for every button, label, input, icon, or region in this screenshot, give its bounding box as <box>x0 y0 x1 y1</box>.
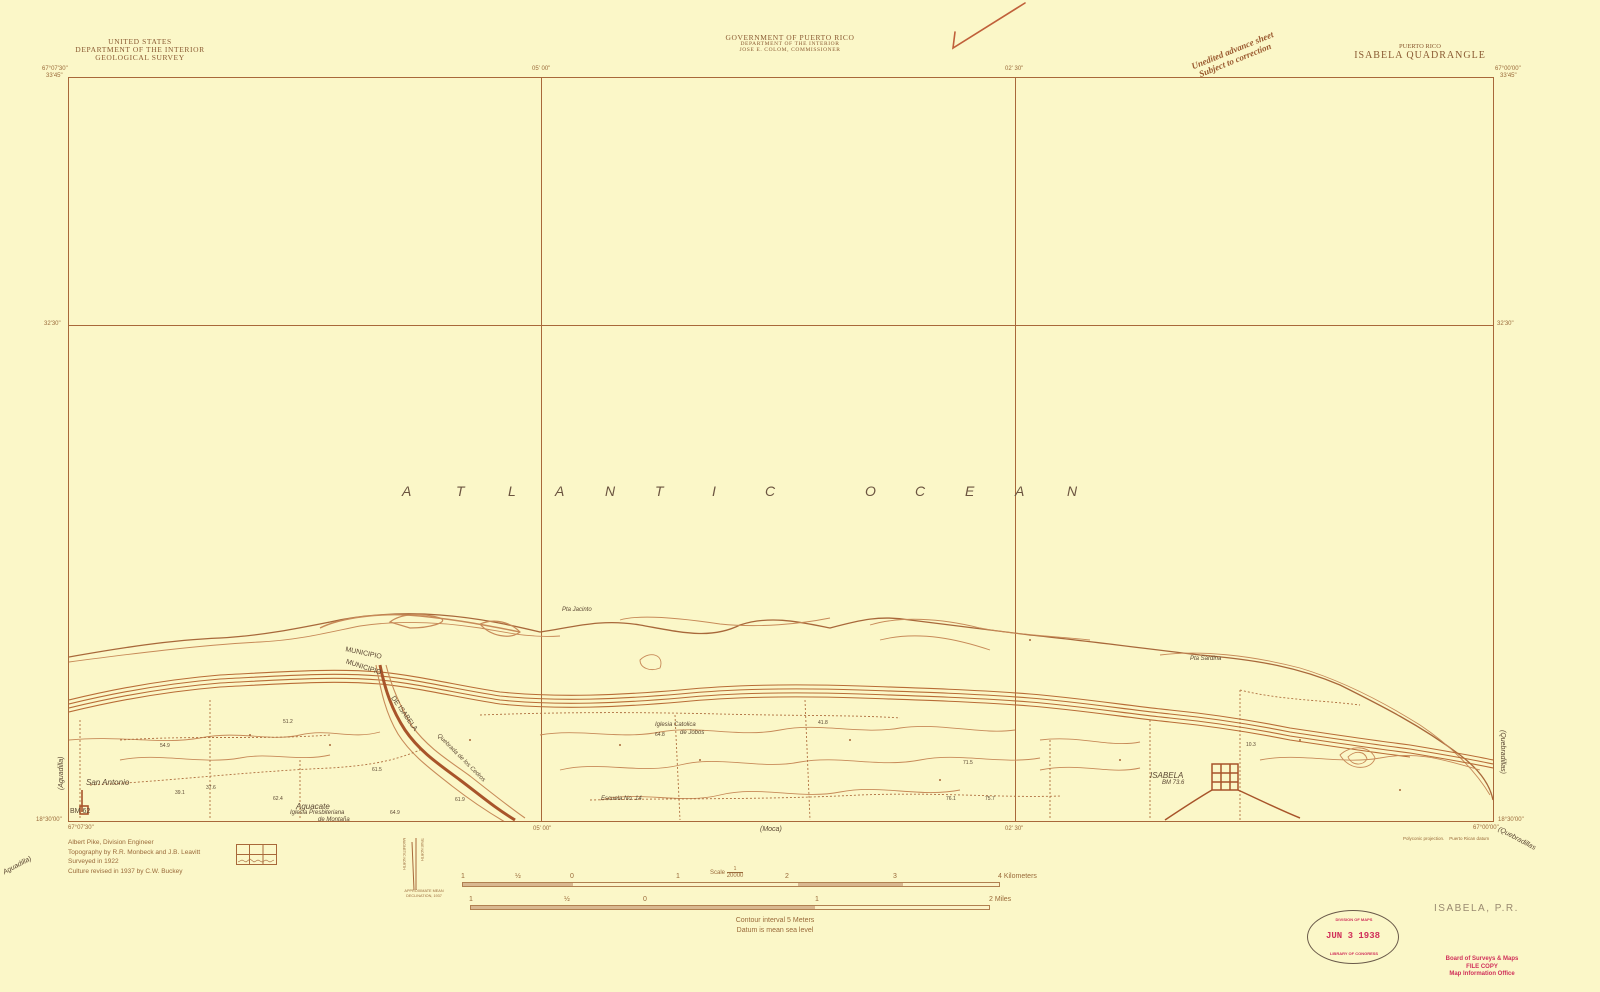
ocean-label-letter: T <box>456 483 465 499</box>
km-tick: 2 <box>785 873 789 880</box>
elevation-value: 54.9 <box>160 743 170 749</box>
mile-tick: 0 <box>643 896 647 903</box>
mile-tick: ½ <box>564 896 570 903</box>
file-stamp-line1: Board of Surveys & Maps <box>1432 956 1532 964</box>
km-tick: 1 <box>461 873 465 880</box>
stamp-date: JUN 3 1938 <box>1308 931 1398 941</box>
mile-tick: 1 <box>815 896 819 903</box>
magnetic-north-label: MAGNETIC NORTH <box>402 838 406 870</box>
declination-caption-line2: DECLINATION, 1937 <box>392 894 456 899</box>
contour-interval: Contour interval 5 Meters <box>700 916 850 926</box>
label-pta-jacinto: Pta Jacinto <box>562 607 592 613</box>
elevation-value: 51.2 <box>283 719 293 725</box>
credits-line3: Surveyed in 1922 <box>68 857 200 867</box>
elevation-value: 64.9 <box>390 810 400 816</box>
stamp-ring-top: DIVISION OF MAPS <box>1314 917 1394 922</box>
ocean-label-letter: A <box>402 483 411 499</box>
label-moca: (Moca) <box>760 826 782 833</box>
km-tick-end: 4 Kilometers <box>998 873 1037 880</box>
label-pta-sardina: Pta Sardina <box>1190 656 1221 662</box>
ocean-label-letter: T <box>655 483 664 499</box>
mile-tick: 1 <box>469 896 473 903</box>
km-tick: 3 <box>893 873 897 880</box>
projection-note: Polyconic projection. Puerto Rican datum <box>1403 836 1489 841</box>
km-tick: ½ <box>515 873 521 880</box>
mile-scale-fill <box>645 906 815 909</box>
declination-diagram: TRUE NORTH MAGNETIC NORTH APPROXIMATE ME… <box>394 834 454 904</box>
elevation-value: 39.1 <box>175 790 185 796</box>
ocean-label-letter: O <box>865 483 876 499</box>
label-iglesia-presbiteriana: Iglesia Presbiteriana <box>290 810 344 816</box>
true-north-label: TRUE NORTH <box>420 838 424 861</box>
elevation-value: 61.5 <box>372 767 382 773</box>
projection-type: Polyconic projection. <box>1403 836 1444 841</box>
received-date-stamp: DIVISION OF MAPS JUN 3 1938 LIBRARY OF C… <box>1307 910 1399 964</box>
elevation-value: 37.6 <box>206 785 216 791</box>
credits-block: Albert Pike, Division Engineer Topograph… <box>68 838 200 876</box>
stamp-ring-bottom: LIBRARY OF CONGRESS <box>1314 951 1394 956</box>
ocean-label-letter: N <box>1067 483 1077 499</box>
file-copy-stamp: Board of Surveys & Maps FILE COPY Map In… <box>1432 956 1532 979</box>
label-de-montana: de Montaña <box>318 817 350 823</box>
projection-datum: Puerto Rican datum <box>1449 836 1489 841</box>
ocean-label-letter: L <box>508 483 516 499</box>
elevation-value: 62.4 <box>273 796 283 802</box>
label-aguadilla-border: (Aguadilla) <box>58 757 65 790</box>
ocean-label-letter: C <box>765 483 775 499</box>
label-isabela-bm: BM 73.6 <box>1162 780 1184 786</box>
ocean-label-letter: A <box>555 483 564 499</box>
kilometer-scale-fill <box>798 883 903 886</box>
km-tick: 0 <box>570 873 574 880</box>
elevation-value: 64.8 <box>655 732 665 738</box>
elevation-value: 10.3 <box>1246 742 1256 748</box>
credits-line4: Culture revised in 1937 by C.W. Buckey <box>68 867 200 877</box>
sheet-name: ISABELA, P.R. <box>1434 903 1519 914</box>
file-stamp-line3: Map Information Office <box>1432 971 1532 979</box>
declination-caption: APPROXIMATE MEAN DECLINATION, 1937 <box>392 889 456 899</box>
kilometer-scale-fill <box>463 883 573 886</box>
label-quebradillas-border: (Quebradillas) <box>1499 730 1506 774</box>
mile-tick-end: 2 Miles <box>989 896 1011 903</box>
label-bm-62: BM 62 <box>70 808 90 815</box>
ocean-label-letter: A <box>1015 483 1024 499</box>
ocean-label-letter: N <box>605 483 615 499</box>
label-iglesia-catolica: Iglesia Catolica <box>655 722 696 728</box>
scale-denominator: 20000 <box>727 872 744 879</box>
quadrangle-index-diagram <box>236 844 278 866</box>
file-stamp-line2: FILE COPY <box>1432 964 1532 972</box>
ocean-label-letter: C <box>915 483 925 499</box>
credits-line1: Albert Pike, Division Engineer <box>68 838 200 848</box>
label-escuela: Escuela No. 14 <box>601 796 642 802</box>
label-san-antonio: San Antonio <box>86 778 129 787</box>
credits-line2: Topography by R.R. Monbeck and J.B. Leav… <box>68 848 200 858</box>
scale-label: Scale 1 20000 <box>710 866 743 879</box>
km-tick: 1 <box>676 873 680 880</box>
elevation-value: 75.7 <box>985 796 995 802</box>
ocean-label-letter: I <box>712 483 716 499</box>
datum-note: Datum is mean sea level <box>700 926 850 936</box>
scale-word: Scale <box>710 870 725 876</box>
elevation-value: 71.5 <box>963 760 973 766</box>
mile-scale-fill <box>471 906 645 909</box>
contour-datum-note: Contour interval 5 Meters Datum is mean … <box>700 916 850 936</box>
elevation-value: 41.8 <box>818 720 828 726</box>
label-isabela-town: ISABELA <box>1150 771 1183 780</box>
elevation-value: 61.9 <box>455 797 465 803</box>
ocean-label-letter: E <box>965 483 974 499</box>
scale-fraction: 1 20000 <box>727 866 744 879</box>
elevation-value: 76.1 <box>946 796 956 802</box>
label-de-jobos: de Jobos <box>680 730 704 736</box>
